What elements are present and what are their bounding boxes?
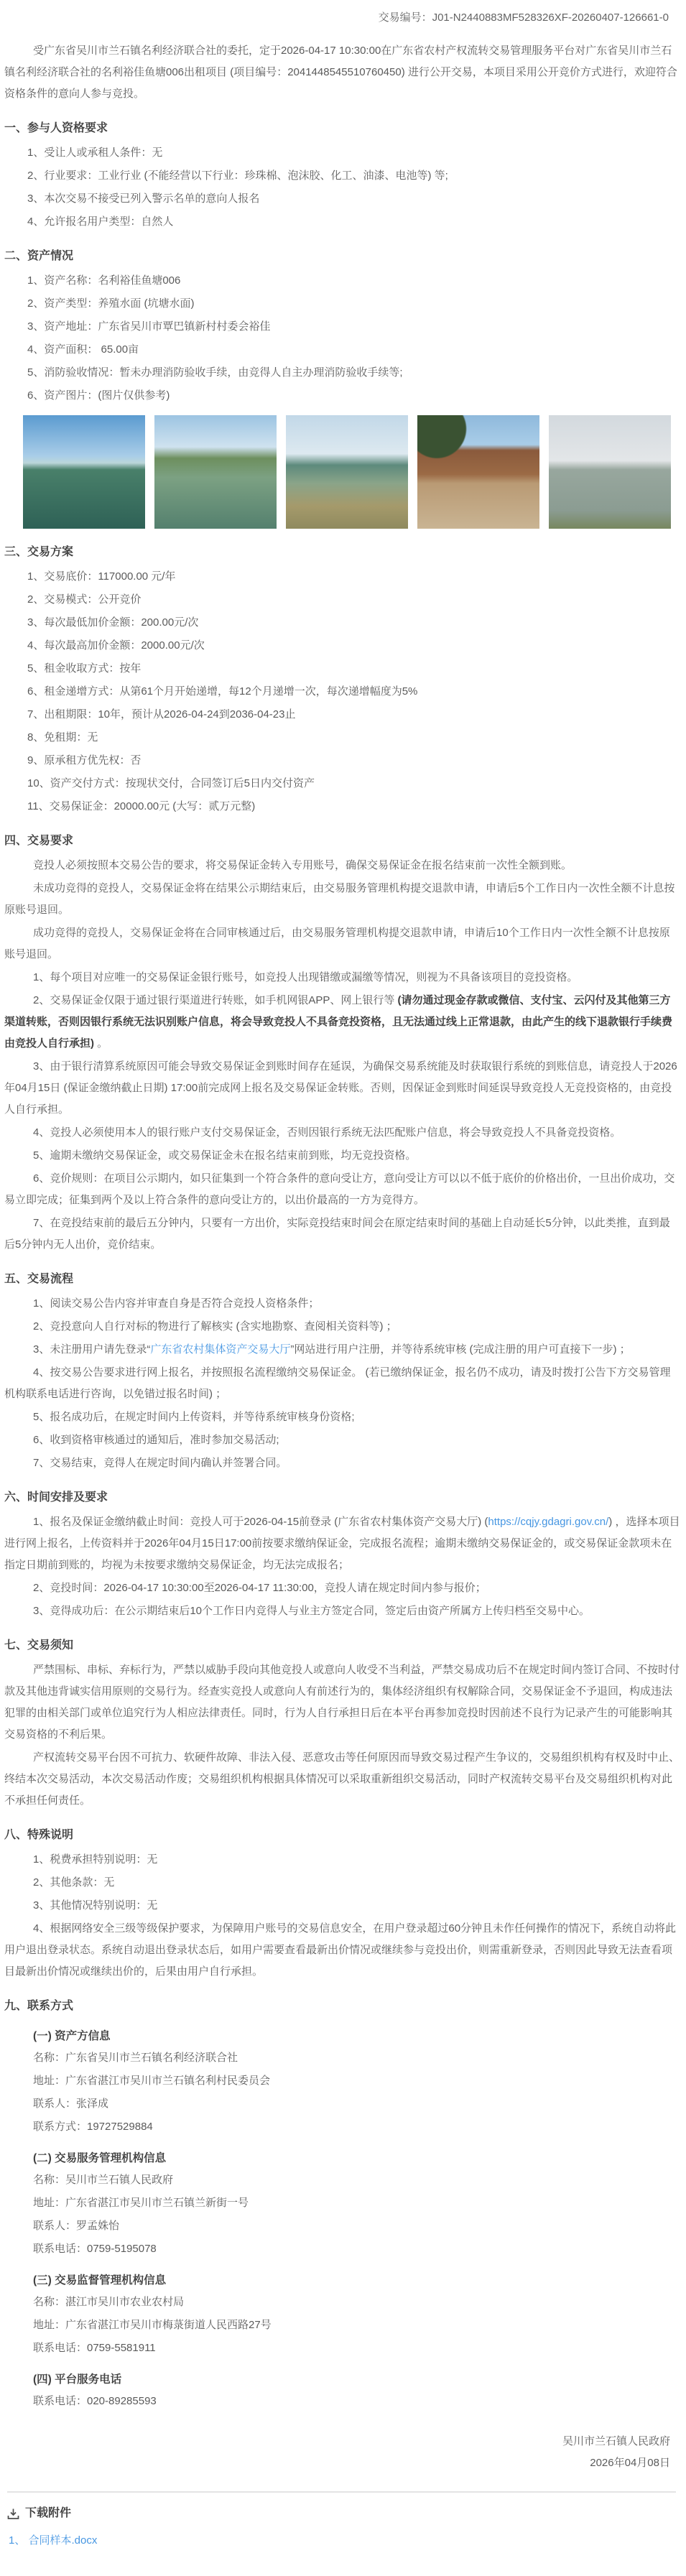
text-block: 1、阅读交易公告内容并审查自身是否符合竞投人资格条件； xyxy=(4,1293,680,1315)
text-block: 5、租金收取方式：按年 xyxy=(27,658,680,680)
text-segment: 6、租金递增方式：从第61个月开始递增，每12个月递增一次，每次递增幅度为5% xyxy=(27,685,417,698)
text-block: 7、出租期限：10年，预计从2026-04-24到2036-04-23止 xyxy=(27,704,680,726)
trading-hall-link[interactable]: 广东省农村集体资产交易大厅 xyxy=(150,1343,290,1356)
text-segment: 名称：吴川市兰石镇人民政府 xyxy=(33,2174,173,2186)
text-block: 1、报名及保证金缴纳截止时间：竞投人可于2026-04-15前登录 (广东省农村… xyxy=(4,1511,680,1576)
text-segment: 5、消防验收情况：暂未办理消防验收手续，由竞得人自主办理消防验收手续等; xyxy=(27,366,403,379)
section-title: 三、交易方案 xyxy=(4,543,680,562)
text-block: 3、本次交易不接受已列入警示名单的意向人报名 xyxy=(27,188,680,210)
text-segment: 地址：广东省湛江市吴川市兰石镇名利村民委员会 xyxy=(33,2075,270,2087)
text-segment: 5、逾期未缴纳交易保证金，或交易保证金未在报名结束前到账，均无竞投资格。 xyxy=(33,1149,416,1162)
text-segment: 2、行业要求：工业行业 (不能经营以下行业：珍珠棉、泡沫胶、化工、油漆、电池等)… xyxy=(27,170,448,182)
text-block: 1、每个项目对应唯一的交易保证金银行账号，如竞投人出现错缴或漏缴等情况，则视为不… xyxy=(4,967,680,988)
text-block: 4、根据网络安全三级等级保护要求，为保障用户账号的交易信息安全，在用户登录超过6… xyxy=(4,1918,680,1983)
text-block: 8、免租期：无 xyxy=(27,727,680,749)
text-block: 4、允许报名用户类型：自然人 xyxy=(27,211,680,233)
text-block: 7、在竞投结束前的最后五分钟内，只要有一方出价，实际竞投结束时间会在原定结束时间… xyxy=(4,1213,680,1256)
text-block: 5、逾期未缴纳交易保证金，或交易保证金未在报名结束前到账，均无竞投资格。 xyxy=(4,1145,680,1167)
text-segment: 产权流转交易平台因不可抗力、软硬件故障、非法入侵、恶意攻击等任何原因而导致交易过… xyxy=(4,1751,680,1807)
text-block: 3、每次最低加价金额：200.00元/次 xyxy=(27,612,680,634)
text-block: 地址：广东省湛江市吴川市兰石镇兰新街一号 xyxy=(33,2192,680,2214)
text-segment: (二) 交易服务管理机构信息 xyxy=(33,2152,166,2164)
text-block: 联系方式：19727529884 xyxy=(33,2116,680,2138)
text-block: 11、交易保证金：20000.00元 (大写：贰万元整) xyxy=(27,796,680,817)
text-block: 3、资产地址：广东省吴川市覃巴镇新村村委会裕佳 xyxy=(27,316,680,338)
text-segment: 地址：广东省湛江市吴川市梅菉街道人民西路27号 xyxy=(33,2319,272,2331)
text-segment: 2、资产类型：养殖水面 (坑塘水面) xyxy=(27,297,195,310)
section-title: 八、特殊说明 xyxy=(4,1826,680,1845)
intro-paragraph: 受广东省吴川市兰石镇名利经济联合社的委托，定于2026-04-17 10:30:… xyxy=(4,40,680,105)
text-block: 地址：广东省湛江市吴川市兰石镇名利村民委员会 xyxy=(33,2070,680,2092)
text-block: 名称：吴川市兰石镇人民政府 xyxy=(33,2169,680,2191)
text-block: 2、行业要求：工业行业 (不能经营以下行业：珍珠棉、泡沫胶、化工、油漆、电池等)… xyxy=(27,165,680,187)
text-block: 名称：广东省吴川市兰石镇名利经济联合社 xyxy=(33,2047,680,2069)
attachments-title: 下载附件 xyxy=(25,2504,71,2523)
text-block: 联系电话：0759-5581911 xyxy=(33,2338,680,2359)
text-block: 7、交易结束，竞得人在规定时间内确认并签署合同。 xyxy=(4,1453,680,1474)
section-title: 五、交易流程 xyxy=(4,1270,680,1289)
text-block: 3、竞得成功后：在公示期结束后10个工作日内竞得人与业主方签定合同，签定后由资产… xyxy=(4,1600,680,1622)
attachment-link-contract-sample[interactable]: 1、 合同样本.docx xyxy=(9,2530,97,2552)
announcement-page: 交易编号：J01-N2440883MF528326XF-20260407-126… xyxy=(0,0,686,2576)
text-segment: 7、在竞投结束前的最后五分钟内，只要有一方出价，实际竞投结束时间会在原定结束时间… xyxy=(4,1217,670,1251)
text-segment: 3、资产地址：广东省吴川市覃巴镇新村村委会裕佳 xyxy=(27,320,270,333)
text-segment: 6、资产图片：(图片仅供参考) xyxy=(27,389,170,402)
text-block: 1、税费承担特别说明：无 xyxy=(4,1849,680,1871)
text-segment: 4、按交易公告要求进行网上报名，并按照报名流程缴纳交易保证金。 (若已缴纳保证金… xyxy=(4,1366,671,1400)
text-block: 6、资产图片：(图片仅供参考) xyxy=(27,385,680,407)
text-segment: 1、交易底价：117000.00 元/年 xyxy=(27,570,175,583)
text-segment: 3、每次最低加价金额：200.00元/次 xyxy=(27,616,198,629)
download-icon xyxy=(7,2508,19,2520)
text-segment: 成功竞得的竞投人，交易保证金将在合同审核通过后，由交易服务管理机构提交退款申请，… xyxy=(4,927,670,960)
asset-photo-4 xyxy=(417,415,539,529)
text-segment: 5、报名成功后，在规定时间内上传资料，并等待系统审核身份资格; xyxy=(33,1411,355,1423)
contact-subheading: (二) 交易服务管理机构信息 xyxy=(33,2149,680,2168)
text-segment: (一) 资产方信息 xyxy=(33,2030,111,2042)
text-segment: 1、每个项目对应唯一的交易保证金银行账号，如竞投人出现错缴或漏缴等情况，则视为不… xyxy=(33,971,578,983)
text-block: 1、交易底价：117000.00 元/年 xyxy=(27,566,680,588)
text-block: 竞投人必须按照本交易公告的要求，将交易保证金转入专用账号，确保交易保证金在报名结… xyxy=(4,855,680,876)
text-segment: 3、由于银行清算系统原因可能会导致交易保证金到账时间存在延误，为确保交易系统能及… xyxy=(4,1060,677,1116)
text-segment: 3、本次交易不接受已列入警示名单的意向人报名 xyxy=(27,193,259,205)
text-segment: 3、其他情况特别说明：无 xyxy=(33,1899,157,1912)
transaction-number-value: J01-N2440883MF528326XF-20260407-126661-0 xyxy=(432,11,669,24)
text-segment: 4、资产面积： 65.00亩 xyxy=(27,343,139,356)
text-segment: 4、每次最高加价金额：2000.00元/次 xyxy=(27,639,205,652)
text-block: 1、资产名称：名利裕佳鱼塘006 xyxy=(27,270,680,292)
text-segment: 2、竞投时间：2026-04-17 10:30:00至2026-04-17 11… xyxy=(33,1582,486,1594)
text-block: 产权流转交易平台因不可抗力、软硬件故障、非法入侵、恶意攻击等任何原因而导致交易过… xyxy=(4,1747,680,1812)
text-block: 2、资产类型：养殖水面 (坑塘水面) xyxy=(27,293,680,315)
section-title: 二、资产情况 xyxy=(4,247,680,266)
asset-photos-strip xyxy=(23,415,680,529)
text-segment: 8、免租期：无 xyxy=(27,731,98,743)
signature-date: 2026年04月08日 xyxy=(4,2452,670,2474)
text-block: 地址：广东省湛江市吴川市梅菉街道人民西路27号 xyxy=(33,2315,680,2336)
text-segment: 4、允许报名用户类型：自然人 xyxy=(27,216,173,228)
text-segment: 7、出租期限：10年，预计从2026-04-24到2036-04-23止 xyxy=(27,708,296,721)
transaction-number: 交易编号：J01-N2440883MF528326XF-20260407-126… xyxy=(4,4,680,30)
text-segment: 联系电话：020-89285593 xyxy=(33,2395,157,2407)
text-segment: ”网站进行用户注册，并等待系统审核 (完成注册的用户可直接下一步) ； xyxy=(290,1343,630,1356)
text-segment: 3、竞得成功后：在公示期结束后10个工作日内竞得人与业主方签定合同，签定后由资产… xyxy=(33,1605,590,1617)
text-segment: 1、税费承担特别说明：无 xyxy=(33,1853,157,1866)
text-segment: 1、阅读交易公告内容并审查自身是否符合竞投人资格条件； xyxy=(33,1297,319,1310)
text-block: 10、资产交付方式：按现状交付，合同签订后5日内交付资产 xyxy=(27,773,680,794)
text-segment: 联系方式：19727529884 xyxy=(33,2121,153,2133)
sections-container: 一、参与人资格要求1、受让人或承租人条件：无2、行业要求：工业行业 (不能经营以… xyxy=(4,119,680,2412)
text-segment: 联系电话：0759-5581911 xyxy=(33,2342,156,2354)
text-segment: 4、竞投人必须使用本人的银行账户支付交易保证金，否则因银行系统无法匹配账户信息，… xyxy=(33,1126,621,1139)
signature-block: 吴川市兰石镇人民政府 2026年04月08日 xyxy=(4,2431,680,2474)
text-segment: 2、竞投意向人自行对标的物进行了解核实 (含实地勘察、查阅相关资料等) ； xyxy=(33,1320,397,1333)
text-segment: 联系人：罗孟姝怡 xyxy=(33,2220,119,2232)
text-block: 联系人：张泽成 xyxy=(33,2093,680,2115)
text-block: 联系电话：020-89285593 xyxy=(33,2391,680,2412)
text-segment: 6、竞价规则：在项目公示期内，如只征集到一个符合条件的意向受让方，意向受让方可以… xyxy=(4,1172,675,1206)
text-block: 4、每次最高加价金额：2000.00元/次 xyxy=(27,635,680,657)
attachments-header: 下载附件 xyxy=(4,2493,680,2523)
text-segment: 11、交易保证金：20000.00元 (大写：贰万元整) xyxy=(27,800,255,812)
text-block: 6、竞价规则：在项目公示期内，如只征集到一个符合条件的意向受让方，意向受让方可以… xyxy=(4,1168,680,1211)
text-block: 严禁围标、串标、弃标行为，严禁以威胁手段向其他竞投人或意向人收受不当利益，严禁交… xyxy=(4,1659,680,1746)
text-block: 3、其他情况特别说明：无 xyxy=(4,1895,680,1917)
text-block: 2、其他条款：无 xyxy=(4,1872,680,1894)
text-block: 2、竞投时间：2026-04-17 10:30:00至2026-04-17 11… xyxy=(4,1577,680,1599)
text-segment: 2、其他条款：无 xyxy=(33,1876,114,1889)
text-segment: 7、交易结束，竞得人在规定时间内确认并签署合同。 xyxy=(33,1457,287,1469)
asset-photo-5 xyxy=(549,415,671,529)
text-block: 2、交易保证金仅限于通过银行渠道进行转账，如手机网银APP、网上银行等 (请勿通… xyxy=(4,990,680,1055)
section-title: 一、参与人资格要求 xyxy=(4,119,680,138)
text-segment: 1、资产名称：名利裕佳鱼塘006 xyxy=(27,274,180,287)
text-segment: 10、资产交付方式：按现状交付，合同签订后5日内交付资产 xyxy=(27,777,315,789)
text-segment: 9、原承租方优先权：否 xyxy=(27,754,141,766)
asset-photo-2 xyxy=(154,415,277,529)
text-block: 6、租金递增方式：从第61个月开始递增，每12个月递增一次，每次递增幅度为5% xyxy=(27,681,680,703)
text-segment: (四) 平台服务电话 xyxy=(33,2373,121,2386)
text-block: 2、交易模式：公开竞价 xyxy=(27,589,680,611)
signature-org: 吴川市兰石镇人民政府 xyxy=(4,2431,670,2452)
text-block: 5、消防验收情况：暂未办理消防验收手续，由竞得人自主办理消防验收手续等; xyxy=(27,362,680,384)
text-block: 4、竞投人必须使用本人的银行账户支付交易保证金，否则因银行系统无法匹配账户信息，… xyxy=(4,1122,680,1144)
text-block: 3、由于银行清算系统原因可能会导致交易保证金到账时间存在延误，为确保交易系统能及… xyxy=(4,1056,680,1121)
platform-url-link[interactable]: https://cqjy.gdagri.gov.cn/ xyxy=(488,1516,608,1528)
transaction-number-label: 交易编号： xyxy=(379,11,432,24)
text-block: 4、资产面积： 65.00亩 xyxy=(27,339,680,361)
asset-photo-1 xyxy=(23,415,145,529)
text-segment: 地址：广东省湛江市吴川市兰石镇兰新街一号 xyxy=(33,2197,249,2209)
text-segment: 1、报名及保证金缴纳截止时间：竞投人可于2026-04-15前登录 (广东省农村… xyxy=(33,1516,488,1528)
asset-photo-3 xyxy=(286,415,408,529)
text-segment: 2、交易模式：公开竞价 xyxy=(27,593,141,606)
text-segment: 6、收到资格审核通过的通知后，准时参加交易活动; xyxy=(33,1434,279,1446)
text-block: 2、竞投意向人自行对标的物进行了解核实 (含实地勘察、查阅相关资料等) ； xyxy=(4,1316,680,1338)
text-segment: 严禁围标、串标、弃标行为，严禁以威胁手段向其他竞投人或意向人收受不当利益，严禁交… xyxy=(4,1664,680,1741)
text-segment: 1、受让人或承租人条件：无 xyxy=(27,147,162,159)
text-segment: 3、未注册用户请先登录“ xyxy=(33,1343,150,1356)
text-block: 4、按交易公告要求进行网上报名，并按照报名流程缴纳交易保证金。 (若已缴纳保证金… xyxy=(4,1362,680,1405)
text-block: 1、受让人或承租人条件：无 xyxy=(27,142,680,164)
attachments-list: 1、 合同样本.docx xyxy=(4,2523,680,2554)
text-block: 3、未注册用户请先登录“广东省农村集体资产交易大厅”网站进行用户注册，并等待系统… xyxy=(4,1339,680,1361)
text-block: 联系人：罗孟姝怡 xyxy=(33,2215,680,2237)
contact-subheading: (四) 平台服务电话 xyxy=(33,2371,680,2389)
text-segment: 2、交易保证金仅限于通过银行渠道进行转账，如手机网银APP、网上银行等 xyxy=(33,994,398,1006)
text-block: 名称：湛江市吴川市农业农村局 xyxy=(33,2292,680,2313)
contact-subheading: (三) 交易监督管理机构信息 xyxy=(33,2271,680,2290)
text-block: 未成功竞得的竞投人，交易保证金将在结果公示期结束后，由交易服务管理机构提交退款申… xyxy=(4,878,680,921)
text-block: 成功竞得的竞投人，交易保证金将在合同审核通过后，由交易服务管理机构提交退款申请，… xyxy=(4,922,680,965)
section-title: 九、联系方式 xyxy=(4,1997,680,2016)
text-segment: 联系人：张泽成 xyxy=(33,2098,108,2110)
text-block: 9、原承租方优先权：否 xyxy=(27,750,680,772)
text-segment: 5、租金收取方式：按年 xyxy=(27,662,141,675)
text-segment: 竞投人必须按照本交易公告的要求，将交易保证金转入专用账号，确保交易保证金在报名结… xyxy=(33,859,572,871)
section-title: 七、交易须知 xyxy=(4,1636,680,1655)
section-title: 六、时间安排及要求 xyxy=(4,1488,680,1507)
section-title: 四、交易要求 xyxy=(4,832,680,851)
text-block: 联系电话：0759-5195078 xyxy=(33,2238,680,2260)
text-segment: 名称：广东省吴川市兰石镇名利经济联合社 xyxy=(33,2052,238,2064)
text-block: 6、收到资格审核通过的通知后，准时参加交易活动; xyxy=(4,1430,680,1451)
text-segment: 名称：湛江市吴川市农业农村局 xyxy=(33,2296,184,2308)
contact-subheading: (一) 资产方信息 xyxy=(33,2027,680,2046)
text-segment: 4、根据网络安全三级等级保护要求，为保障用户账号的交易信息安全，在用户登录超过6… xyxy=(4,1922,676,1978)
text-segment: 联系电话：0759-5195078 xyxy=(33,2243,157,2255)
text-segment: (三) 交易监督管理机构信息 xyxy=(33,2274,166,2287)
text-segment: 未成功竞得的竞投人，交易保证金将在结果公示期结束后，由交易服务管理机构提交退款申… xyxy=(4,882,675,916)
text-segment: 。 xyxy=(94,1037,108,1050)
text-block: 5、报名成功后，在规定时间内上传资料，并等待系统审核身份资格; xyxy=(4,1407,680,1428)
